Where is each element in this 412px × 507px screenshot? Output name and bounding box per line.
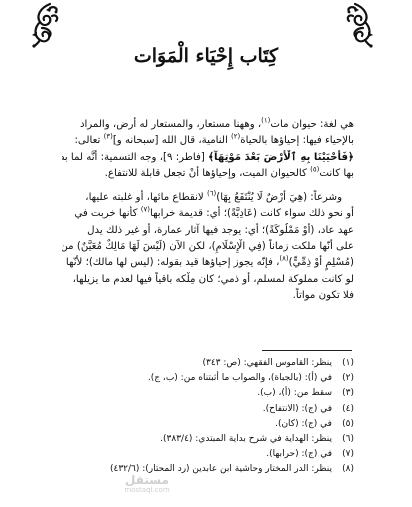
footnote-reference: (٢) bbox=[231, 133, 240, 141]
footnote-item: (٣)سقط من: (أ)، (ب). bbox=[62, 386, 354, 401]
text-line: ﴿فَأَحْيَيْنَا بِهِ ٱلْأَرْضَ بَعْدَ مَو… bbox=[62, 150, 354, 166]
footnote-text: ينظر: الهداية في شرح بداية المبتدي: (٣٨٣… bbox=[62, 432, 332, 447]
floral-ornament-icon bbox=[343, 2, 377, 48]
footnote-reference: (٥) bbox=[310, 166, 319, 174]
footnote-reference: (٦) bbox=[207, 190, 216, 198]
footnote-item: (٦)ينظر: الهداية في شرح بداية المبتدي: (… bbox=[62, 432, 354, 447]
text-line: لو كانت مملوكة لمسلم، أو ذمي؛ كان مِلْكه… bbox=[62, 272, 354, 288]
text-segment: تعالى: bbox=[74, 135, 103, 146]
footnote-text: في (أ): (بالجباة)، والصواب ما أثبتناه من… bbox=[62, 371, 332, 386]
watermark-latin: mostaql.com bbox=[112, 486, 182, 495]
text-line: عهد عاد، (أَوْ مَمْلُوكَةً)؛ أي: يوجد في… bbox=[62, 223, 354, 239]
footnote-text: ينظر: القاموس الفقهي: (ص: ٣٤٣) bbox=[62, 356, 332, 371]
footnote-item: (٥)في (ج): (كان). bbox=[62, 417, 354, 432]
text-segment: وشرعاً: (هِيَ أَرْضٌ لَا يُنْتَفَعُ بِهَ… bbox=[216, 192, 342, 203]
main-text: هي لغة: حيوان مات(١)، وههنا مستعار، والم… bbox=[62, 117, 354, 304]
text-line: وشرعاً: (هِيَ أَرْضٌ لَا يُنْتَفَعُ بِهَ… bbox=[62, 190, 354, 206]
footnote-reference: (٨) bbox=[279, 255, 288, 263]
text-segment: (مُسْلِمٍ أَوْ ذِمِّيٍّ) bbox=[289, 257, 354, 268]
text-segment: النامية، قال الله [سبحانه و] bbox=[113, 135, 231, 146]
footnote-text: في (ج): (كان). bbox=[62, 417, 332, 432]
footnote-number: (١) bbox=[332, 356, 354, 371]
text-line: أو نحو ذلك سواء كانت (عَادِيَّةً)؛ أي: ق… bbox=[62, 206, 354, 222]
footnote-reference: (٧) bbox=[141, 206, 150, 214]
text-line: هي لغة: حيوان مات(١)، وههنا مستعار، والم… bbox=[62, 117, 354, 133]
footnote-item: (٧)في (ج): (حرابها). bbox=[62, 447, 354, 462]
footnote-number: (٣) bbox=[332, 386, 354, 401]
text-line: بالإحياء فيها: إحياؤها بالحياة(٢) النامي… bbox=[62, 133, 354, 149]
footnote-number: (٧) bbox=[332, 447, 354, 462]
footnote-number: (٨) bbox=[332, 462, 354, 477]
footnote-number: (٢) bbox=[332, 371, 354, 386]
quran-verse: ﴿فَأَحْيَيْنَا بِهِ ٱلْأَرْضَ بَعْدَ مَو… bbox=[208, 152, 354, 163]
text-segment: ، وههنا مستعار، والمستعار له أرض، والمرا… bbox=[80, 119, 261, 130]
text-segment: هي لغة: حيوان مات bbox=[270, 119, 354, 130]
footnote-number: (٦) bbox=[332, 432, 354, 447]
footnote-divider bbox=[262, 350, 352, 351]
text-segment: [فاطر: ٩]، وجه التسمية: أنَّه لما بطل ال… bbox=[62, 152, 208, 163]
paragraph: هي لغة: حيوان مات(١)، وههنا مستعار، والم… bbox=[62, 117, 354, 182]
footnote-item: (٢)في (أ): (بالجباة)، والصواب ما أثبتناه… bbox=[62, 371, 354, 386]
footnote-item: (٤)في (ج): (الانتفاح). bbox=[62, 402, 354, 417]
footnote-reference: (٣) bbox=[104, 133, 113, 141]
footnotes-list: (١)ينظر: القاموس الفقهي: (ص: ٣٤٣)(٢)في (… bbox=[62, 356, 354, 478]
text-segment: ، فإنّه يجوز إحياؤها قيد بقوله: (ليس لها… bbox=[66, 257, 280, 268]
paragraph: وشرعاً: (هِيَ أَرْضٌ لَا يُنْتَفَعُ بِهَ… bbox=[62, 190, 354, 304]
footnote-text: سقط من: (أ)، (ب). bbox=[62, 386, 332, 401]
book-page: كِتَاب إِحْيَاء الْمَوَات هي لغة: حيوان … bbox=[0, 0, 412, 507]
text-segment: كأنها خربت في bbox=[74, 208, 140, 219]
footnote-text: في (ج): (الانتفاح). bbox=[62, 402, 332, 417]
text-segment: على أنّها ملكت زماناً (فِي الْإِسْلَامِ)… bbox=[62, 241, 354, 252]
text-line: على أنّها ملكت زماناً (فِي الْإِسْلَامِ)… bbox=[62, 239, 354, 255]
footnote-number: (٤) bbox=[332, 402, 354, 417]
text-line: بها كانت(٥) كالحيوان الميت، وإحياؤها أنْ… bbox=[62, 166, 354, 182]
footnote-item: (١)ينظر: القاموس الفقهي: (ص: ٣٤٣) bbox=[62, 356, 354, 371]
text-segment: كالحيوان الميت، وإحياؤها أنْ تجعل قابلة … bbox=[105, 168, 310, 179]
footnote-text: في (ج): (حرابها). bbox=[62, 447, 332, 462]
floral-ornament-icon bbox=[28, 2, 62, 48]
text-segment: بالإحياء فيها: إحياؤها بالحياة bbox=[240, 135, 354, 146]
footnote-item: (٨)ينظر: الدر المختار وحاشية ابن عابدين … bbox=[62, 462, 354, 477]
footnote-number: (٥) bbox=[332, 417, 354, 432]
text-segment: فلا تكون مواتاً. bbox=[293, 290, 354, 301]
text-line: فلا تكون مواتاً. bbox=[62, 288, 354, 304]
chapter-title: كِتَاب إِحْيَاء الْمَوَات bbox=[0, 43, 412, 69]
text-segment: لانقطاع مائها، أو غلبته عليها، bbox=[85, 192, 207, 203]
text-segment: أو نحو ذلك سواء كانت (عَادِيَّةً)؛ أي: ق… bbox=[150, 208, 354, 219]
text-segment: لو كانت مملوكة لمسلم، أو ذمي؛ كان مِلْكه… bbox=[73, 274, 354, 285]
footnote-text: ينظر: الدر المختار وحاشية ابن عابدين (رد… bbox=[62, 462, 332, 477]
text-segment: بها كانت bbox=[319, 168, 354, 179]
text-segment: عهد عاد، (أَوْ مَمْلُوكَةً)؛ أي: يوجد في… bbox=[87, 225, 354, 236]
text-line: (مُسْلِمٍ أَوْ ذِمِّيٍّ)(٨)، فإنّه يجوز … bbox=[62, 255, 354, 271]
